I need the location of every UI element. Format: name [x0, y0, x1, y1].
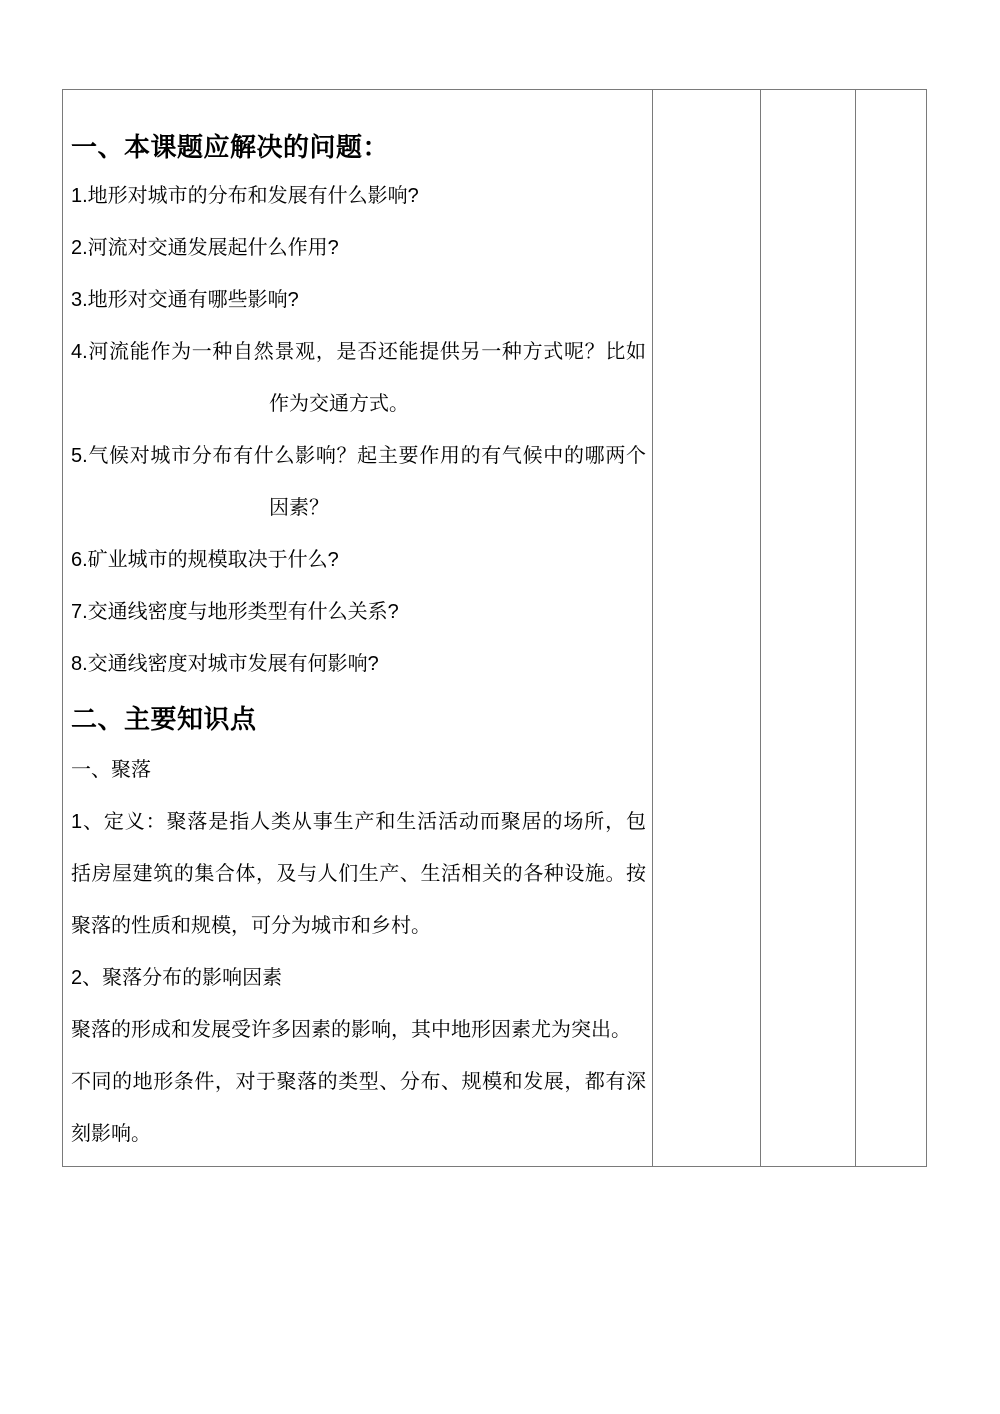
main-text-cell: 一、本课题应解决的问题： 1.地形对城市的分布和发展有什么影响? 2.河流对交通… — [63, 90, 653, 1166]
knowledge-factors-subheading: 2、聚落分布的影响因素 — [71, 952, 646, 1004]
question-line-4-continuation: 作为交通方式。 — [71, 378, 646, 430]
section-1-heading: 一、本课题应解决的问题： — [71, 124, 646, 170]
knowledge-definition-line-3: 聚落的性质和规模，可分为城市和乡村。 — [71, 900, 646, 952]
question-line-2: 2.河流对交通发展起什么作用? — [71, 222, 646, 274]
knowledge-subheading-settlement: 一、聚落 — [71, 744, 646, 796]
knowledge-definition-line-2: 括房屋建筑的集合体，及与人们生产、生活相关的各种设施。按 — [71, 848, 646, 900]
empty-column-2 — [761, 90, 856, 1166]
question-line-5-continuation: 因素？ — [71, 482, 646, 534]
knowledge-definition-line-1: 1、定义：聚落是指人类从事生产和生活活动而聚居的场所，包 — [71, 796, 646, 848]
empty-column-1 — [653, 90, 761, 1166]
knowledge-factors-line-3: 刻影响。 — [71, 1108, 646, 1160]
document-page: 一、本课题应解决的问题： 1.地形对城市的分布和发展有什么影响? 2.河流对交通… — [0, 0, 1000, 1414]
content-table: 一、本课题应解决的问题： 1.地形对城市的分布和发展有什么影响? 2.河流对交通… — [62, 89, 927, 1167]
section-2-heading: 二、主要知识点 — [71, 694, 646, 744]
knowledge-factors-line-2: 不同的地形条件，对于聚落的类型、分布、规模和发展，都有深 — [71, 1056, 646, 1108]
question-line-6: 6.矿业城市的规模取决于什么? — [71, 534, 646, 586]
knowledge-factors-line-1: 聚落的形成和发展受许多因素的影响，其中地形因素尤为突出。 — [71, 1004, 646, 1056]
question-line-5: 5.气候对城市分布有什么影响？起主要作用的有气候中的哪两个 — [71, 430, 646, 482]
empty-column-3 — [856, 90, 926, 1166]
question-line-1: 1.地形对城市的分布和发展有什么影响? — [71, 170, 646, 222]
question-line-3: 3.地形对交通有哪些影响? — [71, 274, 646, 326]
question-line-8: 8.交通线密度对城市发展有何影响? — [71, 638, 646, 690]
question-line-7: 7.交通线密度与地形类型有什么关系? — [71, 586, 646, 638]
question-line-4: 4.河流能作为一种自然景观，是否还能提供另一种方式呢？比如 — [71, 326, 646, 378]
